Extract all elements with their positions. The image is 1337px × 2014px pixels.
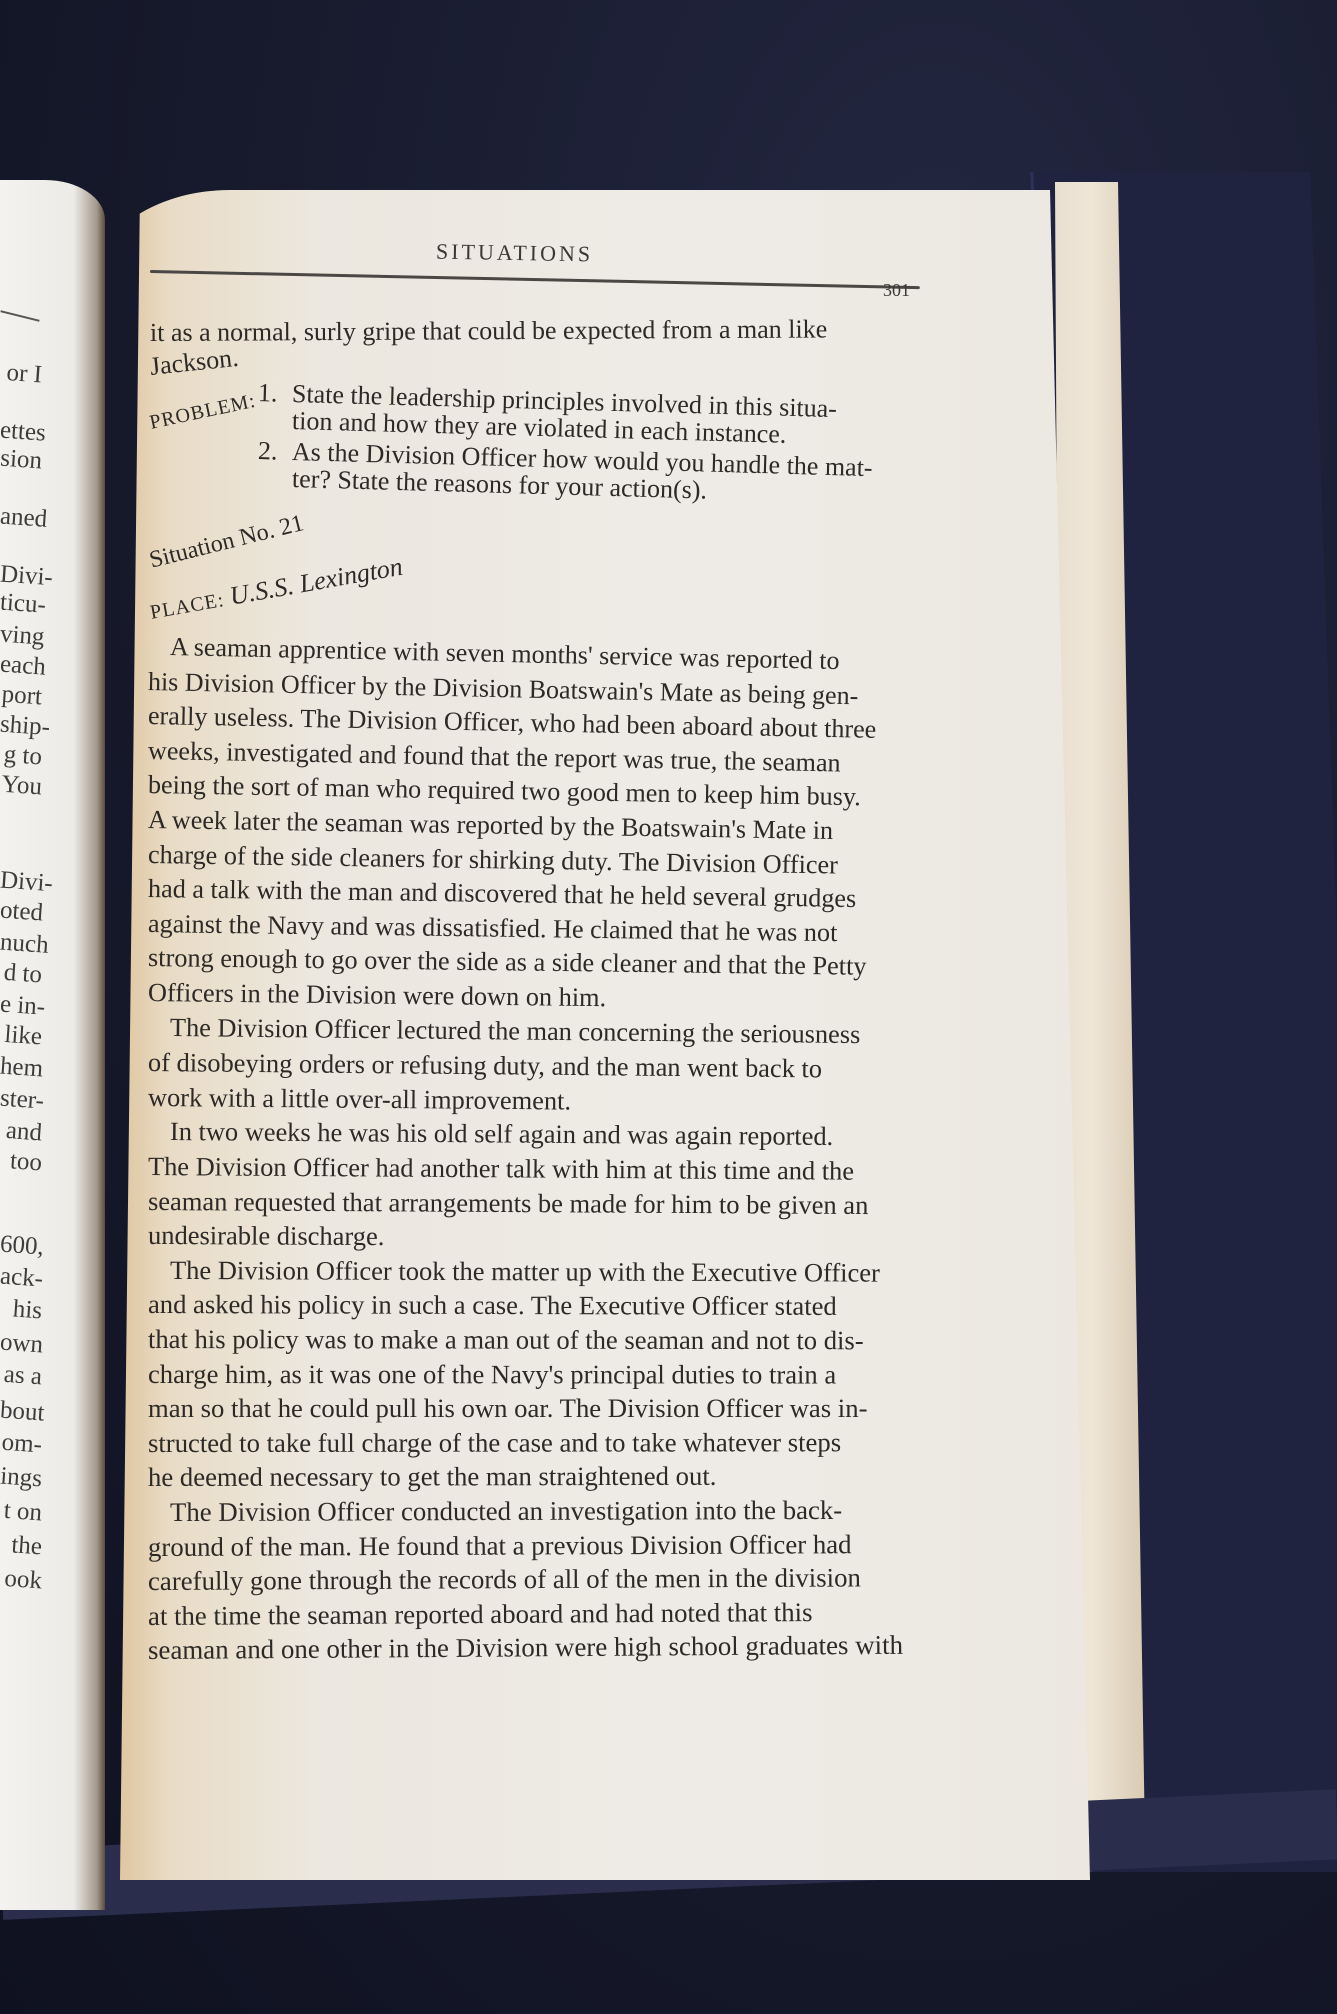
left-page-fragment: ticu- [0, 589, 43, 620]
left-page-fragment: ving [0, 621, 43, 652]
left-page-fragment: too [0, 1147, 43, 1178]
left-page-fragment: You [0, 771, 43, 802]
left-page-fragment: ings [0, 1463, 43, 1494]
body-line: The Division Officer conducted an invest… [170, 1495, 842, 1528]
body-line: he deemed necessary to get the man strai… [148, 1461, 716, 1493]
left-page-fragment: aned [0, 503, 43, 534]
left-page-fragment: d to [0, 959, 43, 990]
body-line: seaman and one other in the Division wer… [148, 1630, 903, 1666]
left-page-fragment: own [0, 1329, 43, 1360]
page-number: 301 [883, 280, 910, 301]
body-line: work with a little over-all improvement. [148, 1082, 571, 1117]
left-page-fragment: and [0, 1117, 43, 1148]
left-page-fragment: oted [0, 897, 43, 928]
body-line: Officers in the Division were down on hi… [148, 978, 606, 1013]
left-page-fragment: t on [0, 1497, 43, 1528]
left-page-fragment: each [0, 651, 43, 682]
left-page-fragment: e in- [0, 991, 43, 1022]
left-page-fragment: or I [0, 359, 43, 390]
left-page-fragment: Divi- [0, 867, 43, 898]
body-line: carefully gone through the records of al… [148, 1563, 861, 1598]
body-line: of disobeying orders or refusing duty, a… [148, 1047, 822, 1084]
intro-line: it as a normal, surly gripe that could b… [150, 314, 827, 348]
body-line: The Division Officer took the matter up … [170, 1255, 880, 1289]
left-page-fragment: like [0, 1021, 43, 1052]
left-page-fragment: ster- [0, 1085, 43, 1116]
left-page-fragment: nuch [0, 929, 43, 960]
body-line: charge him, as it was one of the Navy's … [148, 1359, 836, 1390]
body-line: that his policy was to make a man out of… [148, 1324, 864, 1356]
problem-item-number: 2. [258, 436, 293, 467]
left-page-fragment: his [0, 1295, 43, 1326]
left-page-fragment: the [0, 1531, 43, 1562]
left-page-fragment: sion [0, 445, 43, 476]
left-page-fragment: port [0, 681, 43, 712]
left-page-fragment: bout [0, 1397, 43, 1428]
left-page-fragment: om- [0, 1429, 43, 1460]
left-page-fragment: 600, [0, 1231, 43, 1262]
body-line: structed to take full charge of the case… [148, 1427, 841, 1459]
left-page-fragment: hem [0, 1053, 43, 1084]
left-page-fragment: ack- [0, 1263, 43, 1294]
body-line: man so that he could pull his own oar. T… [148, 1393, 867, 1424]
left-page-fragment: Divi- [0, 561, 43, 592]
body-line: In two weeks he was his old self again a… [170, 1116, 833, 1152]
left-page-fragment: ettes [0, 417, 43, 448]
running-head: SITUATIONS [436, 239, 594, 268]
left-page-fragment: as a [0, 1361, 43, 1392]
body-line: at the time the seaman reported aboard a… [148, 1597, 813, 1632]
left-page-fragment: ook [0, 1565, 43, 1596]
left-page-fragment: ship- [0, 711, 43, 742]
body-line: ground of the man. He found that a previ… [148, 1529, 852, 1563]
body-line: seaman requested that arrangements be ma… [148, 1186, 869, 1221]
problem-item-number: 1. [258, 378, 293, 409]
body-line: undesirable discharge. [148, 1220, 385, 1252]
body-line: The Division Officer had another talk wi… [148, 1151, 854, 1187]
left-page-fragment: g to [0, 741, 43, 772]
body-line: and asked his policy in such a case. The… [148, 1289, 837, 1322]
